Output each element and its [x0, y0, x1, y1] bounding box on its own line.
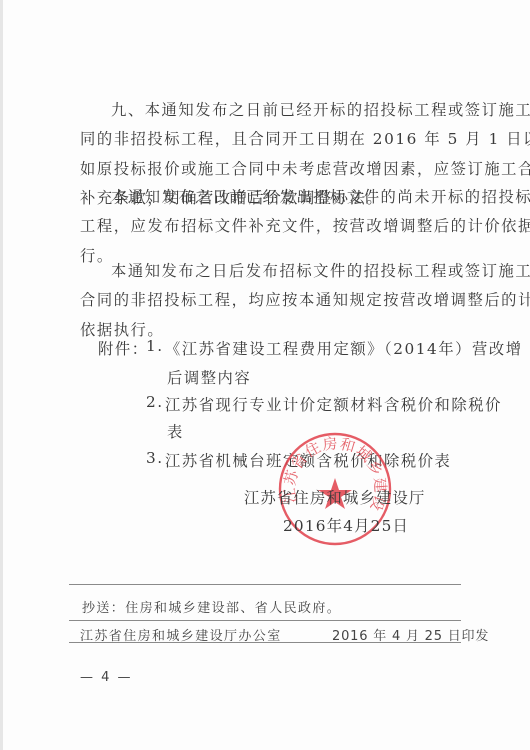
text-line: 同的非招投标工程，且合同开工日期在 2016 年 5 月 1 日以后的，: [80, 125, 472, 154]
text-line: 本通知发布之日前已经发出招标文件的尚未开标的招投标: [80, 183, 472, 212]
text-line: 合同的非招投标工程，均应按本通知规定按营改增调整后的计价: [80, 286, 472, 315]
footer-rule-top: [69, 584, 461, 585]
text-line: 如原投标报价或施工合同中未考虑营改增因素，应签订施工合同: [80, 155, 472, 184]
footer-rule-bottom: [69, 642, 461, 643]
text-line: 工程，应发布招标文件补充文件，按营改增调整后的计价依据执: [80, 212, 472, 241]
text-line: 九、本通知发布之日前已经开标的招投标工程或签订施工合: [80, 96, 472, 125]
attachment-title-1: 《江苏省建设工程费用定额》（2014年）营改增: [165, 337, 523, 359]
attachment-number-3: 3.: [146, 449, 164, 467]
issuer-name: 江苏省住房和城乡建设厅: [244, 486, 425, 508]
document-page: 九、本通知发布之日前已经开标的招投标工程或签订施工合 同的非招投标工程，且合同开…: [0, 0, 530, 750]
issue-date: 2016年4月25日: [283, 514, 409, 536]
scan-edge: [0, 0, 3, 750]
attachment-title-2: 江苏省现行专业计价定额材料含税价和除税价: [165, 393, 502, 415]
attachment-number-2: 2.: [146, 393, 164, 411]
attachments-label: 附件：: [98, 337, 149, 359]
page-number: — 4 —: [80, 670, 133, 685]
paragraph-post-notice: 本通知发布之日后发布招标文件的招投标工程或签订施工 合同的非招投标工程，均应按本…: [80, 257, 472, 345]
footer-rule-middle: [69, 620, 461, 621]
attachment-number-1: 1.: [146, 337, 164, 355]
attachment-title-1-cont: 后调整内容: [167, 366, 251, 388]
attachment-title-2-cont: 表: [167, 420, 184, 442]
cc-recipients: 抄送：住房和城乡建设部、省人民政府。: [82, 597, 341, 616]
text-line: 本通知发布之日后发布招标文件的招投标工程或签订施工: [80, 257, 472, 286]
